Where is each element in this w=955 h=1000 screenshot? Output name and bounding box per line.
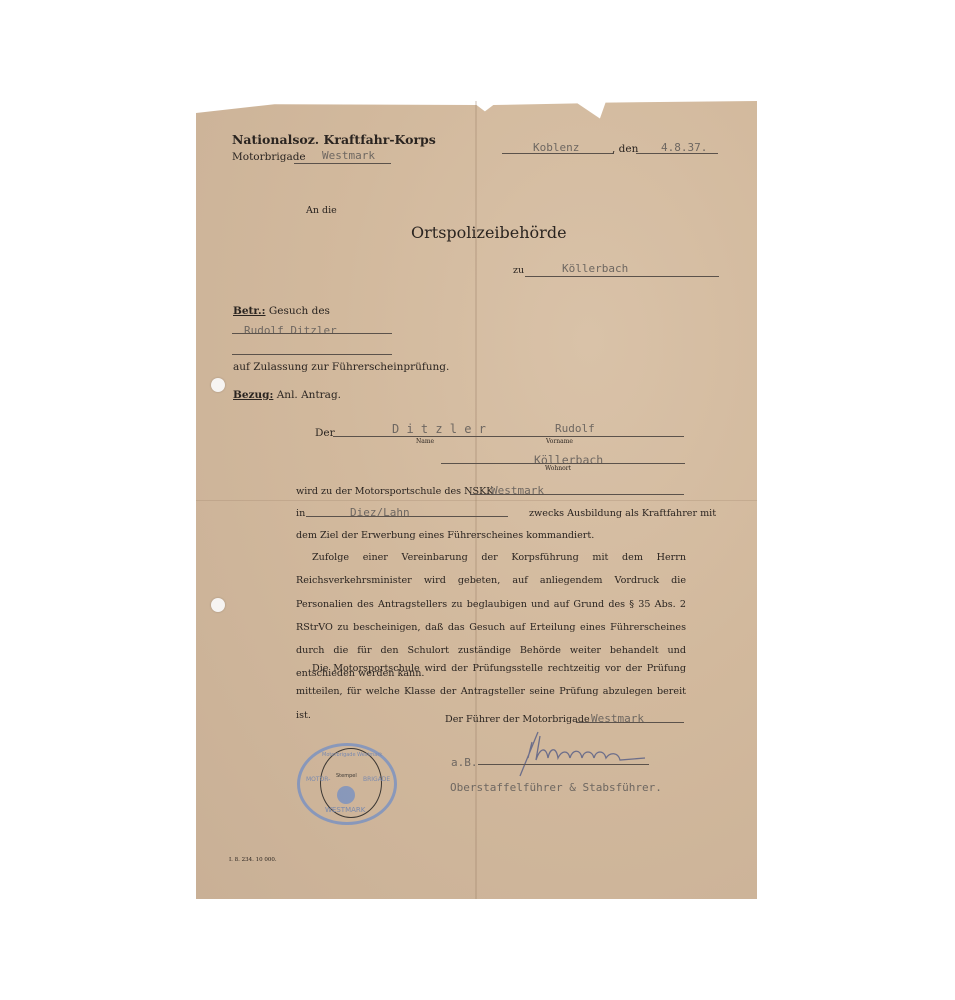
body-line-1: wird zu der Motorsportschule des NSKK — [296, 486, 493, 497]
stamp-emblem-icon — [337, 786, 355, 804]
applicant-line-2 — [232, 354, 392, 355]
print-code: I. 8. 234. 10 000. — [229, 857, 277, 863]
betr-label: Betr.: — [233, 305, 266, 317]
residence-line — [441, 463, 685, 464]
official-stamp: Motorbrigade Westmark MOTOR- BRIGADE Ste… — [297, 743, 397, 825]
first-name: Rudolf — [555, 422, 595, 435]
brigade-value: Westmark — [322, 149, 375, 162]
school-line — [470, 494, 684, 495]
organization-title: Nationalsoz. Kraftfahr-Korps — [232, 132, 436, 147]
horizontal-fold — [196, 500, 757, 501]
location-prefix: zu — [513, 265, 524, 276]
brigade-label: Motorbrigade — [232, 151, 306, 163]
punch-hole-bottom — [211, 598, 225, 612]
stamp-bottom-text: WESTMARK — [325, 806, 365, 814]
surname: D i t z l e r — [392, 422, 486, 436]
person-prefix: Der — [315, 427, 335, 439]
residence-caption: Wohnort — [545, 465, 571, 472]
applicant-name: Rudolf Ditzler — [244, 324, 337, 337]
location-line — [525, 276, 719, 277]
punch-hole-top — [211, 378, 225, 392]
leader-brigade: Westmark — [591, 712, 644, 725]
bezug-label: Bezug: — [233, 389, 273, 401]
body-line-3: dem Ziel der Erwerbung eines Führerschei… — [296, 530, 594, 541]
location: Köllerbach — [562, 262, 628, 275]
stamp-center-text: Stempel — [336, 773, 357, 779]
purpose: auf Zulassung zur Führerscheinprüfung. — [233, 361, 449, 373]
date-line — [636, 153, 718, 154]
leader-line — [576, 722, 684, 723]
place-line — [502, 153, 614, 154]
in-label: in — [296, 508, 305, 519]
body-line-2: zwecks Ausbildung als Kraftfahrer mit — [529, 508, 716, 519]
school: Westmark — [491, 484, 544, 497]
authority-heading: Ortspolizeibehörde — [411, 223, 567, 242]
applicant-line — [232, 333, 392, 334]
brigade-line — [294, 163, 391, 164]
city-line — [306, 516, 508, 517]
salutation: An die — [306, 205, 337, 216]
first-name-caption: Vorname — [546, 438, 573, 445]
handwritten-signature — [510, 728, 650, 782]
signatory-title: Oberstaffelführer & Stabsführer. — [450, 781, 662, 794]
stamp-left-text: MOTOR- — [306, 776, 330, 783]
leader-label: Der Führer der Motorbrigade — [445, 714, 590, 725]
signature-line — [478, 764, 649, 765]
name-line — [333, 436, 684, 437]
stamp-top-text: Motorbrigade Westmark — [322, 752, 382, 758]
date-label: , den — [612, 143, 638, 155]
surname-caption: Name — [416, 438, 434, 445]
bezug-text: Anl. Antrag. — [277, 389, 341, 401]
betr-text: Gesuch des — [269, 305, 330, 317]
stamp-right-text: BRIGADE — [363, 776, 390, 783]
city: Diez/Lahn — [350, 506, 410, 519]
ab-label: a.B. — [451, 756, 478, 769]
